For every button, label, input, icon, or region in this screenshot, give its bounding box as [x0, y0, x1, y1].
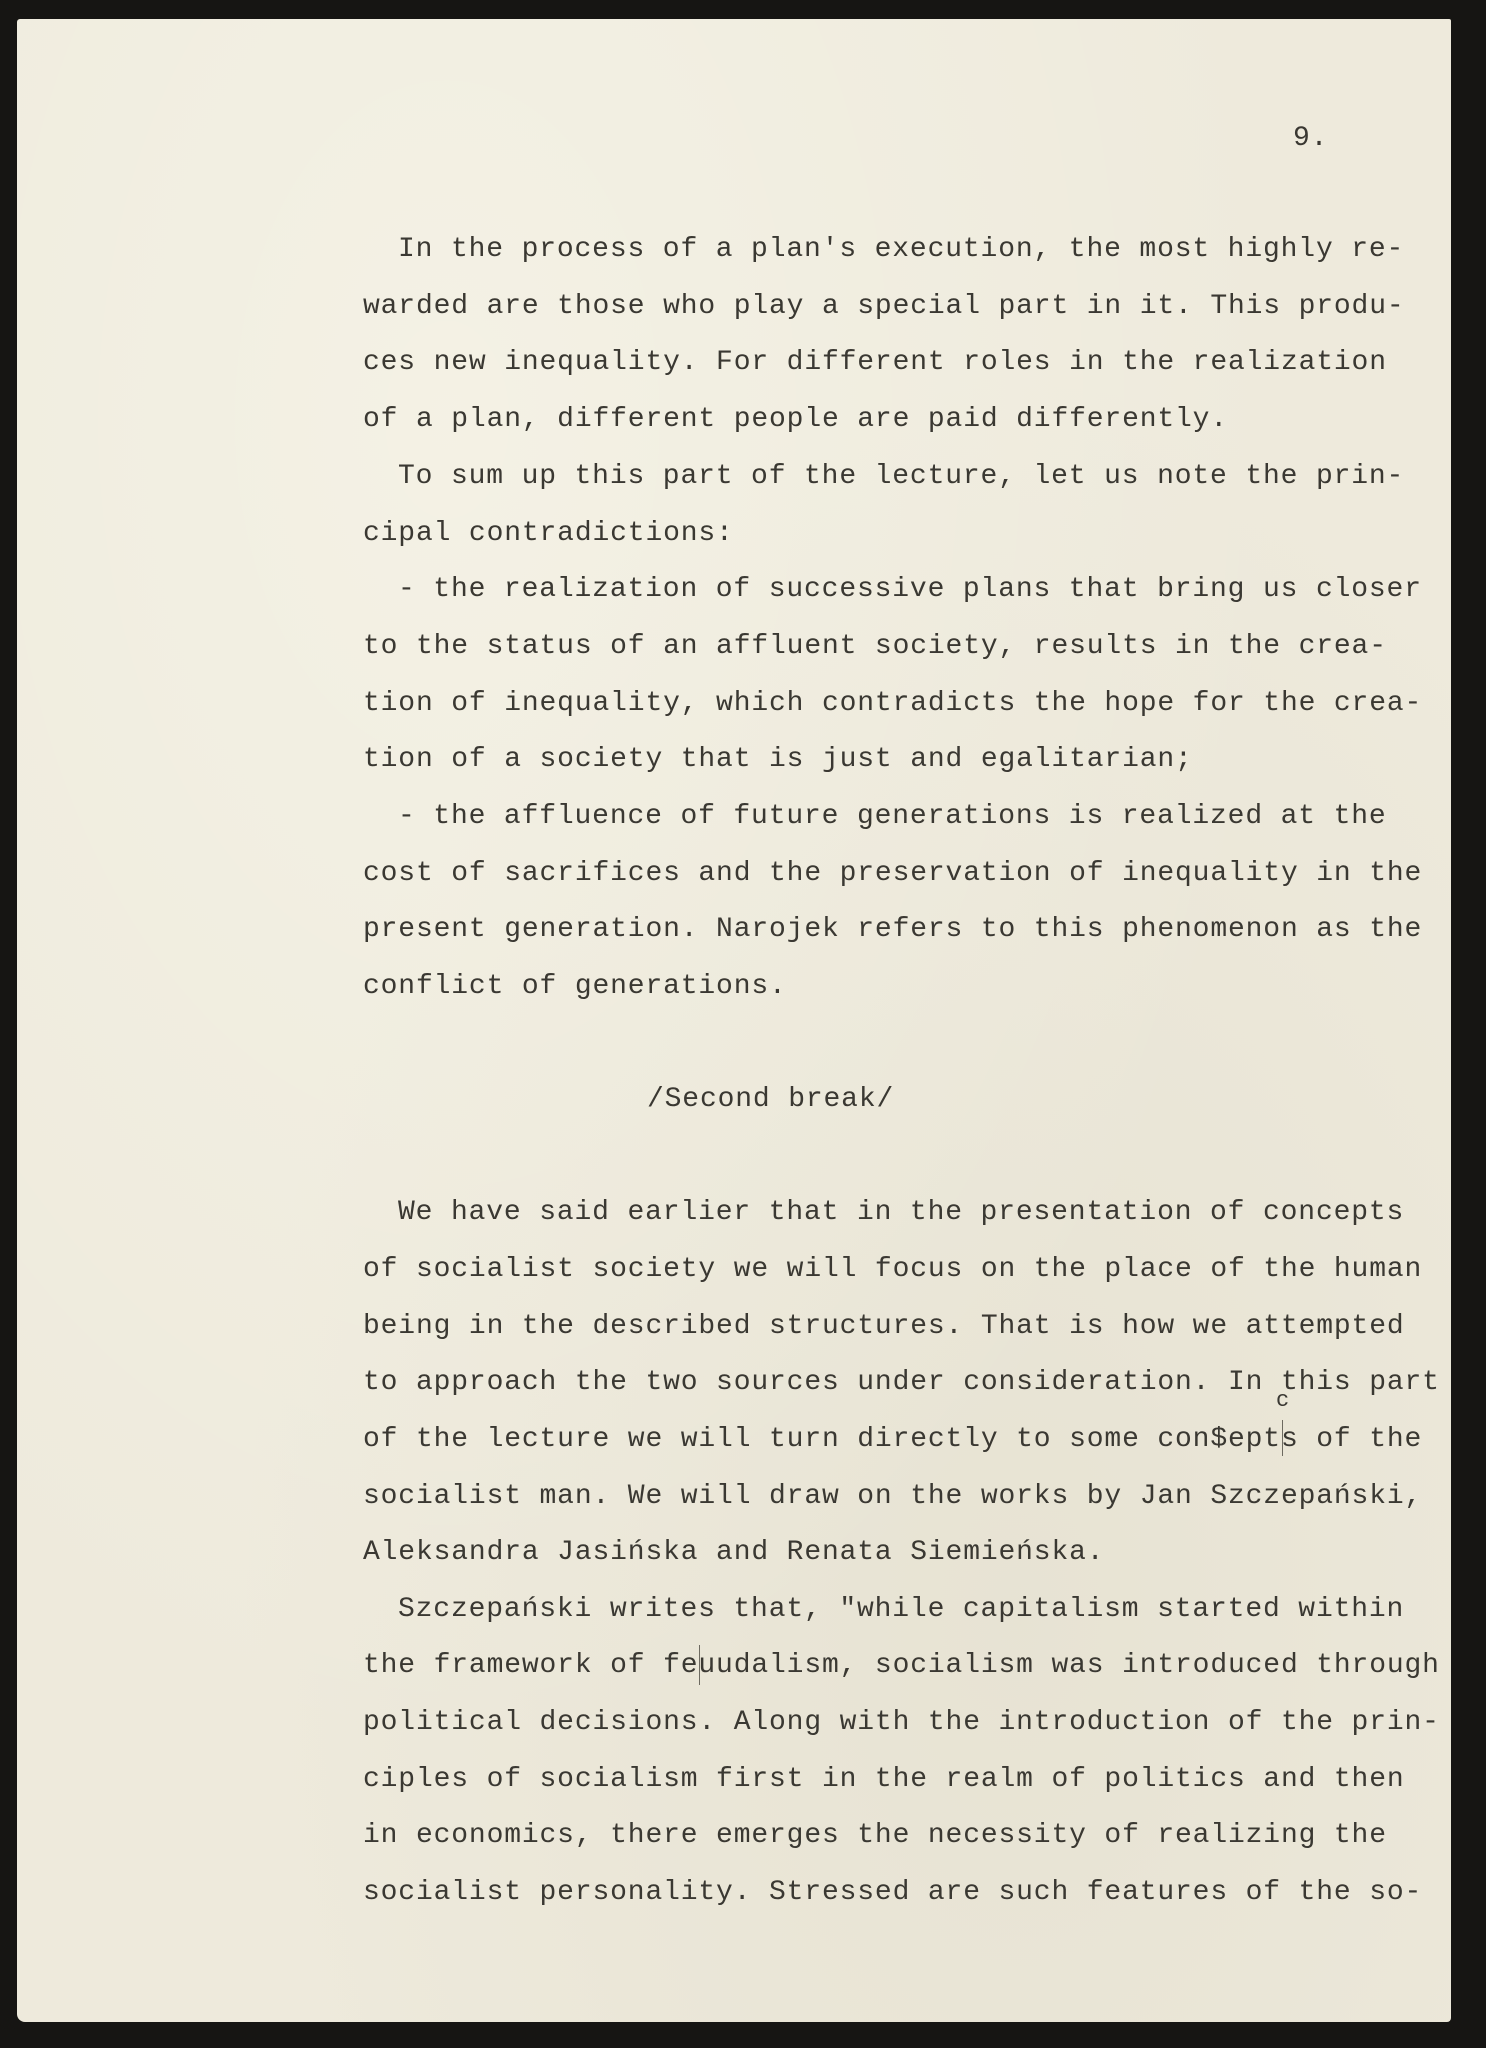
text-line: - the affluence of future generations is…	[398, 803, 1387, 831]
text-line: cipal contradictions:	[363, 520, 734, 548]
text-line: socialist personality. Stressed are such…	[363, 1879, 1422, 1907]
text-line: ces new inequality. For different roles …	[363, 349, 1387, 377]
text-line: Aleksandra Jasińska and Renata Siemieńsk…	[363, 1539, 1104, 1567]
handwritten-correction-c: c	[1276, 1388, 1289, 1413]
text-line: cost of sacrifices and the preservation …	[363, 860, 1422, 888]
text-line: tion of a society that is just and egali…	[363, 746, 1193, 774]
text-line: ciples of socialism first in the realm o…	[363, 1766, 1405, 1794]
text-line: in economics, there emerges the necessit…	[363, 1822, 1387, 1850]
text-line: to the status of an affluent society, re…	[363, 633, 1387, 661]
text-line: conflict of generations.	[363, 973, 787, 1001]
text-line: the framework of feuudalism, socialism w…	[363, 1652, 1440, 1680]
section-break-label: /Second break/	[647, 1086, 894, 1114]
text-line: tion of inequality, which contradicts th…	[363, 690, 1422, 718]
correction-stroke-feudalism	[699, 1645, 700, 1685]
text-line: socialist man. We will draw on the works…	[363, 1483, 1422, 1511]
text-line: - the realization of successive plans th…	[398, 576, 1422, 604]
page-number: 9.	[1293, 125, 1328, 153]
text-line: Szczepański writes that, "while capitali…	[398, 1596, 1404, 1624]
text-line: being in the described structures. That …	[363, 1313, 1405, 1341]
text-line: To sum up this part of the lecture, let …	[398, 463, 1404, 491]
text-line: present generation. Narojek refers to th…	[363, 916, 1422, 944]
text-line: We have said earlier that in the present…	[398, 1199, 1404, 1227]
text-line: warded are those who play a special part…	[363, 293, 1405, 321]
text-line: of a plan, different people are paid dif…	[363, 406, 1228, 434]
text-line: In the process of a plan's execution, th…	[398, 236, 1404, 264]
text-line: of the lecture we will turn directly to …	[363, 1426, 1422, 1454]
text-line: political decisions. Along with the intr…	[363, 1709, 1440, 1737]
correction-stroke-concepts	[1282, 1420, 1283, 1456]
text-line: of socialist society we will focus on th…	[363, 1256, 1422, 1284]
